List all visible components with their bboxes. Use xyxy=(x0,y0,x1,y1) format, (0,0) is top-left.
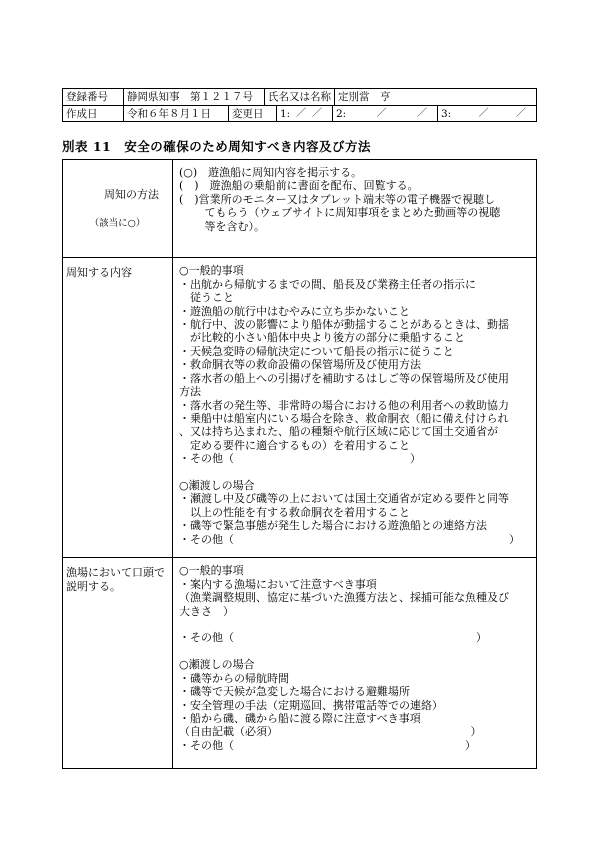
meta-row-registration: 登録番号 静岡県知事 第１２１７号 氏名又は名称 定別當 亨 xyxy=(63,89,536,105)
notice-table: 周知の方法 （該当に○） (○) 遊漁船に周知内容を掲示する。 ( ) 遊漁船の… xyxy=(62,159,537,769)
date-slash-mark: ／ xyxy=(377,107,387,121)
date-slash-mark: ／ xyxy=(479,107,489,121)
change-date-slot-3: 3: ／ ／ xyxy=(437,106,536,121)
change-date-slot-1: 1: ／ ／ xyxy=(276,106,332,121)
page-title: 別表 11 安全の確保のため周知すべき内容及び方法 xyxy=(62,137,537,155)
change-slot-1-number: 1: xyxy=(280,107,290,121)
registration-number-label: 登録番号 xyxy=(63,89,123,105)
date-slash-mark: ／ xyxy=(312,107,322,121)
date-slash-mark: ／ xyxy=(516,107,526,121)
notice-content-text: ○一般的事項 ・出航から帰航するまでの間、船長及び業務主任者の指示に 従うこと … xyxy=(173,258,536,557)
date-slash-mark: ／ xyxy=(417,107,427,121)
name-value: 定別當 亨 xyxy=(334,89,536,105)
oral-explanation-row: 漁場において口頭で 説明する。 ○一般的事項 ・案内する漁場において注意すべき事… xyxy=(63,557,536,768)
notice-method-label-cell: 周知の方法 （該当に○） xyxy=(63,160,173,257)
notice-content-row: 周知する内容 ○一般的事項 ・出航から帰航するまでの間、船長及び業務主任者の指示… xyxy=(63,257,536,557)
notice-method-sublabel: （該当に○） xyxy=(66,217,169,230)
oral-explanation-label: 漁場において口頭で 説明する。 xyxy=(63,558,173,768)
document-page: 登録番号 静岡県知事 第１２１７号 氏名又は名称 定別當 亨 作成日 令和６年８… xyxy=(0,0,595,841)
oral-explanation-text: ○一般的事項 ・案内する漁場において注意すべき事項 （漁業調整規則、協定に基づい… xyxy=(173,558,536,768)
change-slot-2-number: 2: xyxy=(336,107,346,121)
meta-row-dates: 作成日 令和６年８月１日 変更日 1: ／ ／ 2: ／ ／ 3: ／ ／ xyxy=(63,105,536,121)
change-slot-3-number: 3: xyxy=(441,107,451,121)
meta-table: 登録番号 静岡県知事 第１２１７号 氏名又は名称 定別當 亨 作成日 令和６年８… xyxy=(62,88,537,122)
notice-method-options: (○) 遊漁船に周知内容を掲示する。 ( ) 遊漁船の乗船前に書面を配布、回覧す… xyxy=(173,160,536,257)
registration-number-value: 静岡県知事 第１２１７号 xyxy=(123,89,264,105)
created-date-value: 令和６年８月１日 xyxy=(123,106,228,121)
created-date-label: 作成日 xyxy=(63,106,123,121)
notice-method-row: 周知の方法 （該当に○） (○) 遊漁船に周知内容を掲示する。 ( ) 遊漁船の… xyxy=(63,160,536,257)
date-slash-mark: ／ xyxy=(296,107,306,121)
name-label: 氏名又は名称 xyxy=(264,89,334,105)
notice-method-label: 周知の方法 xyxy=(104,188,159,201)
notice-content-label: 周知する内容 xyxy=(63,258,173,557)
changed-date-label: 変更日 xyxy=(228,106,276,121)
change-date-slot-2: 2: ／ ／ xyxy=(332,106,437,121)
